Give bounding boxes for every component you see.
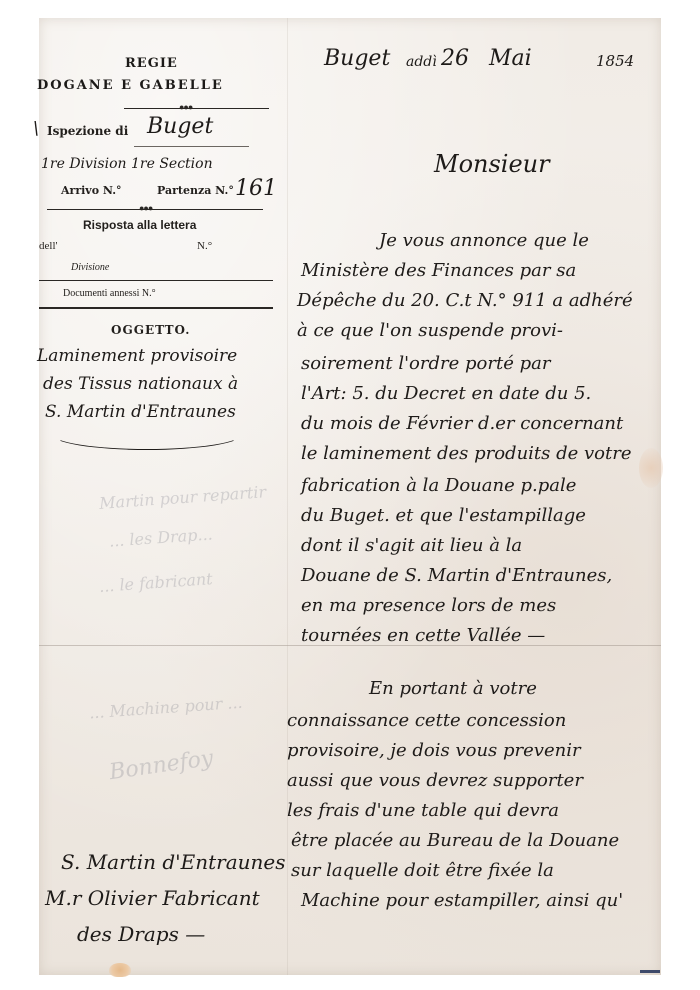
body-line: du Buget. et que l'estampillage — [301, 505, 586, 526]
body-line: provisoire, je dois vous prevenir — [287, 740, 581, 761]
letterhead-subtitle: DOGANE E GABELLE — [37, 78, 224, 93]
body-line: connaissance cette concession — [287, 710, 566, 731]
oggetto-line: des Tissus nationaux à — [43, 374, 238, 394]
ornament-icon: ●●● — [179, 102, 192, 112]
arrivo-label: Arrivo N.° — [61, 184, 122, 197]
date-year: 1854 — [596, 52, 634, 70]
addressee-line: des Draps — — [77, 922, 205, 946]
body-line: l'Art: 5. du Decret en date du 5. — [301, 383, 591, 404]
risposta-label: Risposta alla lettera — [83, 218, 196, 232]
bleed-through-text: ... les Drap... — [108, 524, 213, 550]
date-addi: addì — [406, 54, 437, 70]
bleed-through-text: Martin pour repartir — [99, 482, 267, 513]
body-line: être placée au Bureau de la Douane — [291, 830, 619, 851]
ornamental-rule — [47, 209, 263, 210]
date-day: 26 — [441, 46, 469, 71]
body-line: Douane de S. Martin d'Entraunes, — [301, 565, 612, 586]
body-line: fabrication à la Douane p.pale — [301, 475, 576, 496]
handwritten-tick: \ — [33, 118, 39, 139]
bleed-through-text: ... Machine pour ... — [89, 693, 244, 723]
body-line: du mois de Février d.er concernant — [301, 413, 623, 434]
date-place: Buget — [324, 46, 390, 71]
body-line: aussi que vous devrez supporter — [287, 770, 583, 791]
body-line: à ce que l'on suspende provi- — [297, 320, 563, 341]
partenza-value: 161 — [235, 176, 277, 201]
body-line: dont il s'agit ait lieu à la — [301, 535, 522, 556]
body-line: le laminement des produits de votre — [301, 443, 632, 464]
dell-label: dell' — [39, 240, 57, 252]
age-stain — [639, 448, 663, 488]
body-line: les frais d'une table qui devra — [287, 800, 559, 821]
body-line: Ministère des Finances par sa — [301, 260, 576, 281]
documenti-label: Documenti annessi N.° — [63, 288, 156, 299]
form-rule — [39, 280, 273, 281]
body-line: tournées en cette Vallée — — [301, 625, 545, 646]
letter-page: Martin pour repartir ... les Drap... ...… — [39, 18, 661, 975]
date-month: Mai — [489, 46, 532, 71]
flourish-swash — [51, 418, 243, 450]
ornament-icon: ●●● — [139, 203, 152, 213]
bleed-through-text: ... le fabricant — [98, 569, 213, 596]
body-line: soirement l'ordre porté par — [301, 353, 550, 374]
ornamental-rule — [39, 307, 273, 309]
numero-label: N.° — [197, 240, 212, 252]
salutation: Monsieur — [434, 150, 550, 178]
ink-stain — [109, 963, 131, 977]
scan-edge-mark — [640, 970, 660, 973]
divisione-section-value: 1re Division 1re Section — [41, 156, 213, 172]
form-rule — [134, 146, 249, 147]
body-line: sur laquelle doit être fixée la — [291, 860, 554, 881]
divisione-label: Divisione — [71, 262, 109, 273]
body-line: Machine pour estampiller, ainsi qu' — [301, 890, 623, 911]
body-line: en ma presence lors de mes — [301, 595, 556, 616]
oggetto-line: Laminement provisoire — [37, 346, 237, 366]
addressee-line: S. Martin d'Entraunes — [61, 850, 286, 874]
fold-crease-vertical — [287, 18, 288, 975]
partenza-label: Partenza N.° — [157, 184, 234, 197]
ispezione-value: Buget — [147, 114, 213, 139]
body-line: En portant à votre — [369, 678, 537, 699]
bleed-through-signature: Bonnefoy — [108, 746, 215, 785]
ispezione-label: Ispezione di — [47, 124, 128, 138]
oggetto-label: OGGETTO. — [111, 323, 190, 337]
letterhead-title: REGIE — [125, 56, 178, 71]
body-line: Dépêche du 20. C.t N.° 911 a adhéré — [297, 290, 633, 311]
body-line: Je vous annonce que le — [379, 230, 589, 251]
addressee-line: M.r Olivier Fabricant — [45, 886, 260, 910]
ornamental-rule — [124, 108, 269, 109]
